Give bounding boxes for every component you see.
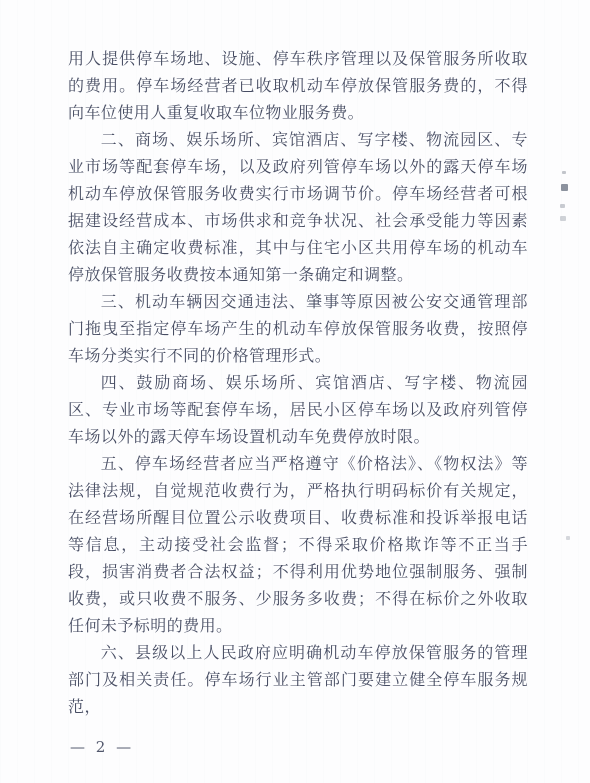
paragraph-item-4: 四、鼓励商场、娱乐场所、宾馆酒店、写字楼、物流园区、专业市场等配套停车场，居民小… <box>68 369 528 450</box>
paragraph-continuation: 用人提供停车场地、设施、停车秩序管理以及保管服务所收取的费用。停车场经营者已收取… <box>68 45 528 126</box>
paragraph-item-3: 三、机动车辆因交通违法、肇事等原因被公安交通管理部门拖曳至指定停车场产生的机动车… <box>68 288 528 369</box>
scan-artifact <box>560 204 565 208</box>
scan-artifact <box>561 184 568 191</box>
scan-artifact <box>562 171 566 174</box>
document-body-text: 用人提供停车场地、设施、停车秩序管理以及保管服务所收取的费用。停车场经营者已收取… <box>68 45 528 720</box>
page-number: — 2 — <box>70 738 134 756</box>
paragraph-item-6: 六、县级以上人民政府应明确机动车停放保管服务的管理部门及相关责任。停车场行业主管… <box>68 639 528 720</box>
paragraph-item-5: 五、停车场经营者应当严格遵守《价格法》、《物权法》等法律法规，自觉规范收费行为，… <box>68 450 528 639</box>
scanned-document-page: 用人提供停车场地、设施、停车秩序管理以及保管服务所收取的费用。停车场经营者已收取… <box>0 0 590 783</box>
scan-artifact <box>560 216 566 221</box>
paragraph-item-2: 二、商场、娱乐场所、宾馆酒店、写字楼、物流园区、专业市场等配套停车场，以及政府列… <box>68 126 528 288</box>
scan-artifact <box>566 536 570 540</box>
